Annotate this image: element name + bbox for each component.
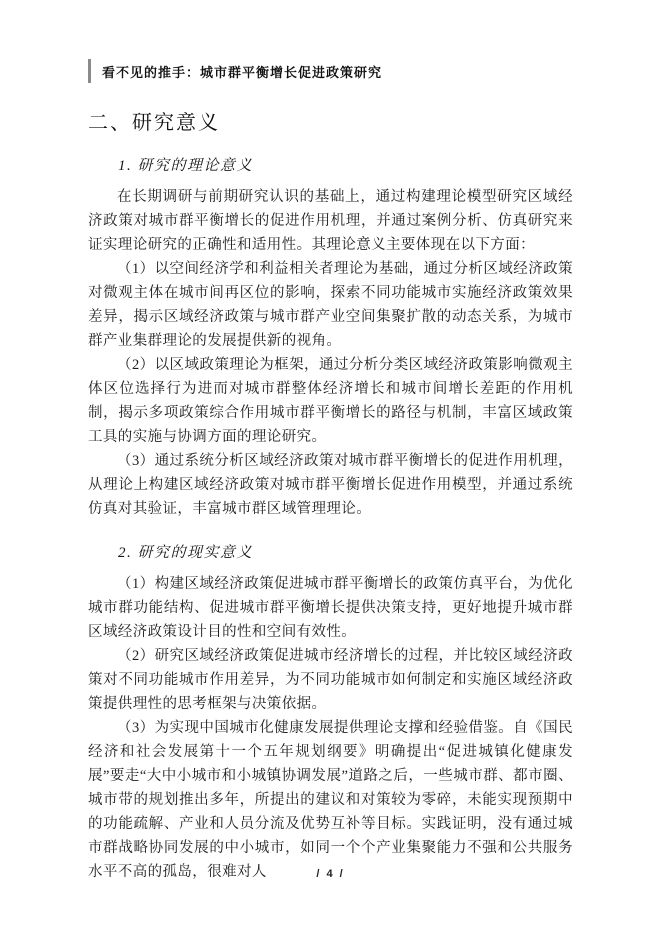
paragraph-theory-intro: 在长期调研与前期研究认识的基础上，通过构建理论模型研究区域经济政策对城市群平衡增…: [88, 185, 573, 257]
page-footer: / 4 /: [0, 864, 661, 882]
document-page: 看不见的推手：城市群平衡增长促进政策研究 二、研究意义 1. 研究的理论意义 在…: [0, 0, 661, 925]
paragraph-theory-point-2: （2）以区域政策理论为框架，通过分析分类区域经济政策影响微观主体区位选择行为进而…: [88, 353, 573, 449]
running-title: 看不见的推手：城市群平衡增长促进政策研究: [102, 62, 382, 81]
paragraph-theory-point-3: （3）通过系统分析区域经济政策对城市群平衡增长的促进作用机理，从理论上构建区域经…: [88, 449, 573, 521]
section-heading: 二、研究意义: [88, 110, 573, 136]
paragraph-theory-point-1: （1）以空间经济学和利益相关者理论为基础，通过分析区域经济政策对微观主体在城市间…: [88, 257, 573, 353]
paragraph-practical-point-3: （3）为实现中国城市化健康发展提供理论支撑和经验借鉴。自《国民经济和社会发展第十…: [88, 716, 573, 884]
subsection-heading-practical: 2. 研究的现实意义: [88, 543, 573, 563]
header-accent-bar: [88, 59, 91, 83]
paragraph-practical-point-2: （2）研究区域经济政策促进城市经济增长的过程，并比较区域经济政策对不同功能城市作…: [88, 644, 573, 716]
page-number: / 4 /: [316, 868, 344, 880]
running-header: 看不见的推手：城市群平衡增长促进政策研究: [88, 58, 573, 84]
subsection-heading-theoretical: 1. 研究的理论意义: [88, 156, 573, 176]
paragraph-practical-point-1: （1）构建区域经济政策促进城市群平衡增长的政策仿真平台，为优化城市群功能结构、促…: [88, 572, 573, 644]
